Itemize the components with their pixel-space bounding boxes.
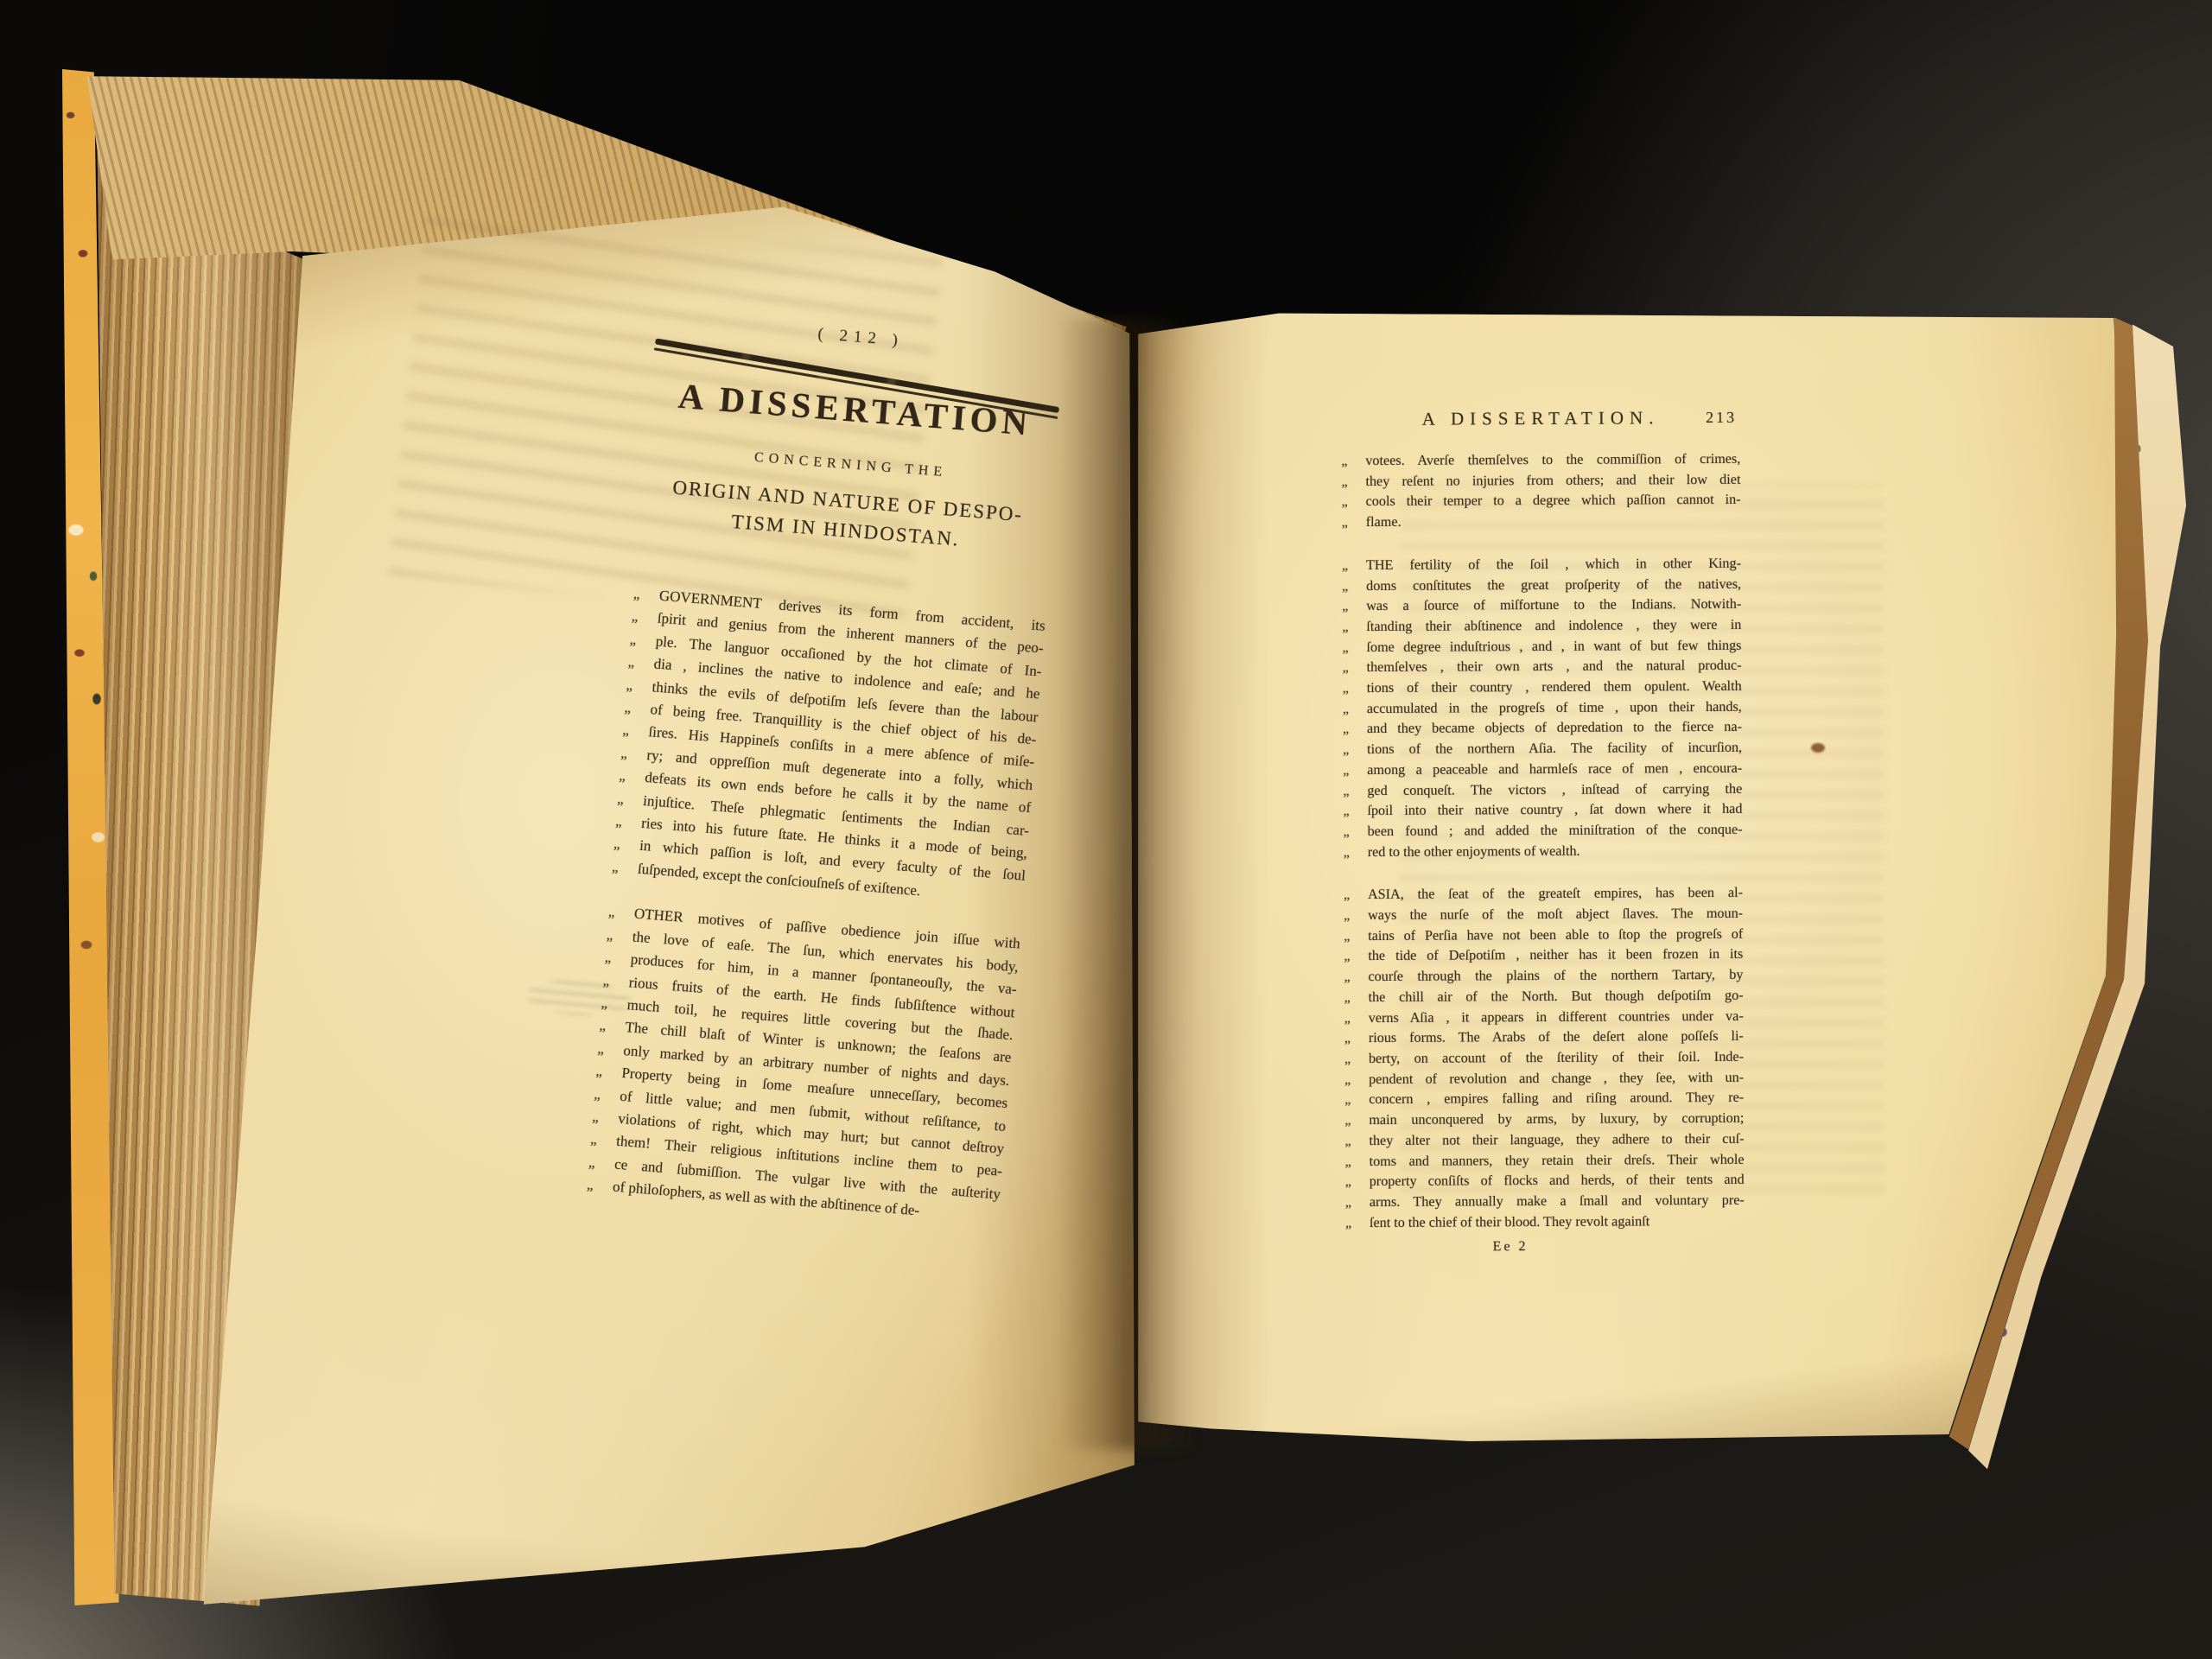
quote-mark: „ bbox=[1344, 824, 1368, 840]
body-paragraph: „ OTHER motives of paſſive obedience joi… bbox=[586, 900, 1020, 1229]
line-text: themſelves , their own arts , and the na… bbox=[1367, 656, 1742, 678]
quote-mark: „ bbox=[586, 1176, 613, 1195]
text-line: „ ſpoil into their native country , ſat … bbox=[1343, 799, 1742, 822]
line-text: doms conſtitutes the great proſperity of… bbox=[1366, 574, 1741, 596]
quote-mark: „ bbox=[1342, 599, 1366, 614]
quote-mark: „ bbox=[1344, 1072, 1369, 1088]
quote-mark: „ bbox=[1344, 1031, 1369, 1046]
quote-mark: „ bbox=[622, 721, 649, 741]
quote-mark: „ bbox=[1343, 742, 1367, 758]
text-line: „ rious forms. The Arabs of the deſert a… bbox=[1344, 1027, 1744, 1049]
quote-mark: „ bbox=[1344, 1134, 1369, 1149]
quote-mark: „ bbox=[1342, 494, 1366, 510]
line-text: cools their temper to a degree which paſ… bbox=[1366, 490, 1741, 512]
line-text: tions of the northern Aſia. The facility… bbox=[1367, 738, 1742, 760]
quote-mark: „ bbox=[1343, 804, 1367, 819]
quote-mark: „ bbox=[631, 608, 658, 627]
photo-of-open-book: ( 212 ) A DISSERTATION CONCERNING THE OR… bbox=[0, 0, 2212, 1659]
line-text: red to the other enjoyments of wealth. bbox=[1368, 840, 1743, 862]
text-line: „ ged conqueſt. The victors , inſtead of… bbox=[1343, 779, 1742, 801]
text-line: „ accumulated in the progreſs of time , … bbox=[1343, 697, 1742, 720]
line-text: pendent of revolution and change , they … bbox=[1369, 1067, 1744, 1090]
quote-mark: „ bbox=[588, 1154, 615, 1173]
text-line: „ doms conſtitutes the great proſperity … bbox=[1342, 574, 1741, 596]
line-text: verns Aſia , it appears in different cou… bbox=[1369, 1006, 1744, 1028]
quote-mark: „ bbox=[1344, 908, 1368, 924]
line-text: votees. Averſe themſelves to the commiſſ… bbox=[1365, 449, 1740, 472]
quote-mark: „ bbox=[1342, 515, 1366, 531]
quote-mark: „ bbox=[1344, 1011, 1369, 1027]
quote-mark: „ bbox=[1343, 763, 1367, 779]
text-line: „ they alter not their language, they ad… bbox=[1344, 1129, 1744, 1152]
text-line: „ pendent of revolution and change , the… bbox=[1344, 1067, 1744, 1090]
line-text: ſent to the chief of their blood. They r… bbox=[1370, 1211, 1745, 1233]
line-text: concern , empires falling and riſing aro… bbox=[1369, 1088, 1744, 1110]
right-page-text-column: A DISSERTATION. 213 „ votees. Averſe the… bbox=[1341, 407, 1745, 1256]
quote-mark: „ bbox=[1345, 1174, 1370, 1190]
text-line: „ among a peaceable and harmleſs race of… bbox=[1343, 759, 1742, 781]
quote-mark: „ bbox=[632, 585, 659, 604]
text-line: „ tions of their country , rendered them… bbox=[1343, 677, 1742, 699]
text-line: „ concern , empires falling and riſing a… bbox=[1344, 1088, 1744, 1110]
quote-mark: „ bbox=[1342, 579, 1366, 594]
quote-mark: „ bbox=[1344, 1052, 1369, 1067]
text-line: „ toms and manners, they retain their dr… bbox=[1345, 1149, 1745, 1172]
quote-mark: „ bbox=[602, 971, 629, 990]
line-text: accumulated in the progreſs of time , up… bbox=[1367, 697, 1742, 720]
body-paragraph: „ ASIA, the ſeat of the greateſt empires… bbox=[1344, 883, 1745, 1233]
running-title: A DISSERTATION. bbox=[1422, 407, 1660, 429]
text-line: „ ſome degree induſtrious , and , in wan… bbox=[1342, 635, 1741, 658]
quote-mark: „ bbox=[617, 790, 644, 809]
text-line: „ votees. Averſe themſelves to the commi… bbox=[1341, 449, 1740, 472]
quote-mark: „ bbox=[1341, 474, 1365, 490]
text-line: „ was a ſource of miſfortune to the Indi… bbox=[1342, 594, 1741, 617]
line-text: ASIA, the ſeat of the greateſt empires, … bbox=[1368, 883, 1743, 906]
text-line: „ tions of the northern Aſia. The facili… bbox=[1343, 738, 1742, 760]
quote-mark: „ bbox=[613, 836, 640, 855]
quote-mark: „ bbox=[611, 858, 638, 877]
text-line: „ the chill air of the North. But though… bbox=[1344, 986, 1744, 1008]
quote-mark: „ bbox=[599, 1017, 626, 1036]
line-text: was a ſource of miſfortune to the Indian… bbox=[1366, 594, 1741, 617]
text-line: „ and they became objects of depredation… bbox=[1343, 717, 1742, 740]
text-line: „ ſent to the chief of their blood. They… bbox=[1345, 1211, 1745, 1233]
text-line: „ ways the nurſe of the moſt abject ſlav… bbox=[1344, 904, 1743, 926]
body-paragraph: „ GOVERNMENT derives its form from accid… bbox=[611, 582, 1046, 911]
line-text: among a peaceable and harmleſs race of m… bbox=[1367, 759, 1742, 781]
line-text: ſtanding their abſtinence and indolence … bbox=[1366, 615, 1741, 638]
quote-mark: „ bbox=[1343, 660, 1367, 676]
body-paragraph: „ votees. Averſe themſelves to the commi… bbox=[1341, 449, 1740, 533]
quote-mark: „ bbox=[1345, 1154, 1370, 1170]
text-line: „ flame. bbox=[1342, 511, 1741, 533]
quote-mark: „ bbox=[597, 1039, 624, 1058]
quote-mark: „ bbox=[1343, 784, 1367, 799]
quote-mark: „ bbox=[590, 1131, 617, 1150]
line-text: flame. bbox=[1366, 511, 1741, 533]
quote-mark: „ bbox=[1343, 721, 1367, 737]
text-line: „ main unconquered by arms, by luxury, b… bbox=[1344, 1109, 1744, 1131]
text-line: „ they reſent no injuries from others; a… bbox=[1341, 469, 1740, 492]
quote-mark: „ bbox=[1343, 702, 1367, 717]
quote-mark: „ bbox=[629, 631, 656, 650]
quote-mark: „ bbox=[1344, 887, 1368, 903]
line-text: property conſiſts of flocks and herds, o… bbox=[1370, 1170, 1745, 1192]
quote-mark: „ bbox=[615, 813, 642, 832]
text-line: „ courſe through the plains of the north… bbox=[1344, 965, 1743, 988]
line-text: ways the nurſe of the moſt abject ſlaves… bbox=[1368, 904, 1743, 926]
text-line: „ verns Aſia , it appears in different c… bbox=[1344, 1006, 1744, 1028]
quote-mark: „ bbox=[620, 745, 647, 764]
quote-mark: „ bbox=[1344, 969, 1368, 985]
quote-mark: „ bbox=[595, 1063, 622, 1082]
quote-mark: „ bbox=[1343, 681, 1367, 696]
text-line: „ property conſiſts of flocks and herds,… bbox=[1345, 1170, 1745, 1192]
signature-mark: Ee 2 bbox=[1345, 1238, 1745, 1255]
quote-mark: „ bbox=[1342, 620, 1366, 635]
quote-mark: „ bbox=[626, 677, 652, 696]
text-line: „ been found ; and added the miniſtratio… bbox=[1344, 820, 1743, 842]
quote-mark: „ bbox=[1345, 1195, 1370, 1211]
quote-mark: „ bbox=[604, 949, 631, 968]
quote-mark: „ bbox=[1344, 929, 1368, 944]
text-line: „ tains of Perſia have not been able to … bbox=[1344, 925, 1743, 947]
text-line: „ berty, on account of the ſterility of … bbox=[1344, 1047, 1744, 1070]
quote-mark: „ bbox=[1344, 1092, 1369, 1108]
line-text: courſe through the plains of the norther… bbox=[1368, 965, 1743, 988]
quote-mark: „ bbox=[1342, 558, 1366, 574]
line-text: ſome degree induſtrious , and , in want … bbox=[1366, 635, 1741, 658]
quote-mark: „ bbox=[1344, 950, 1368, 965]
body-paragraph: „ THE fertility of the ſoil , which in o… bbox=[1342, 554, 1743, 863]
text-line: „ ASIA, the ſeat of the greateſt empires… bbox=[1344, 883, 1743, 906]
line-text: tions of their country , rendered them o… bbox=[1367, 677, 1742, 699]
line-text: THE fertility of the ſoil , which in oth… bbox=[1366, 554, 1741, 576]
line-text: tains of Perſia have not been able to ſt… bbox=[1368, 925, 1743, 947]
quote-mark: „ bbox=[624, 699, 651, 718]
quote-mark: „ bbox=[594, 1085, 620, 1104]
line-text: and they became objects of depredation t… bbox=[1367, 717, 1742, 740]
line-text: arms. They annually make a ſmall and vol… bbox=[1370, 1191, 1745, 1213]
quote-mark: „ bbox=[601, 995, 627, 1014]
page-number: 213 bbox=[1706, 409, 1737, 427]
line-text: been found ; and added the miniſtration … bbox=[1368, 820, 1743, 842]
line-text: the chill air of the North. But though d… bbox=[1369, 986, 1744, 1008]
quote-mark: „ bbox=[606, 926, 632, 945]
text-line: „ THE fertility of the ſoil , which in o… bbox=[1342, 554, 1741, 576]
quote-mark: „ bbox=[1341, 454, 1365, 469]
text-line: „ themſelves , their own arts , and the … bbox=[1343, 656, 1742, 678]
quote-mark: „ bbox=[1344, 1113, 1369, 1128]
gutter-shadow bbox=[1059, 318, 1196, 1450]
line-text: ged conqueſt. The victors , inſtead of c… bbox=[1367, 779, 1742, 801]
quote-mark: „ bbox=[592, 1108, 619, 1127]
line-text: ſpoil into their native country , ſat do… bbox=[1367, 799, 1742, 822]
quote-mark: „ bbox=[1344, 845, 1368, 861]
line-text: they reſent no injuries from others; and… bbox=[1365, 469, 1740, 492]
line-text: they alter not their language, they adhe… bbox=[1369, 1129, 1744, 1152]
line-text: rious forms. The Arabs of the deſert alo… bbox=[1369, 1027, 1744, 1049]
quote-mark: „ bbox=[619, 767, 645, 786]
text-line: „ red to the other enjoyments of wealth. bbox=[1344, 840, 1743, 862]
left-page-text-column: ( 212 ) A DISSERTATION CONCERNING THE OR… bbox=[586, 312, 1067, 1229]
ink-spot bbox=[1811, 743, 1825, 753]
text-line: „ cools their temper to a degree which p… bbox=[1342, 490, 1741, 512]
text-line: „ ſtanding their abſtinence and indolenc… bbox=[1342, 615, 1741, 638]
quote-mark: „ bbox=[627, 653, 654, 672]
quote-mark: „ bbox=[1342, 640, 1366, 656]
quote-mark: „ bbox=[1344, 990, 1369, 1006]
line-text: main unconquered by arms, by luxury, by … bbox=[1369, 1109, 1744, 1131]
text-line: „ the tide of Deſpotiſm , neither has it… bbox=[1344, 944, 1743, 967]
running-head: A DISSERTATION. 213 bbox=[1341, 407, 1740, 430]
line-text: toms and manners, they retain their dreſ… bbox=[1370, 1149, 1745, 1172]
quote-mark: „ bbox=[1345, 1216, 1370, 1231]
quote-mark: „ bbox=[607, 903, 634, 922]
text-line: „ arms. They annually make a ſmall and v… bbox=[1345, 1191, 1745, 1213]
line-text: the tide of Deſpotiſm , neither has it b… bbox=[1368, 944, 1743, 967]
line-text: berty, on account of the ſterility of th… bbox=[1369, 1047, 1744, 1070]
